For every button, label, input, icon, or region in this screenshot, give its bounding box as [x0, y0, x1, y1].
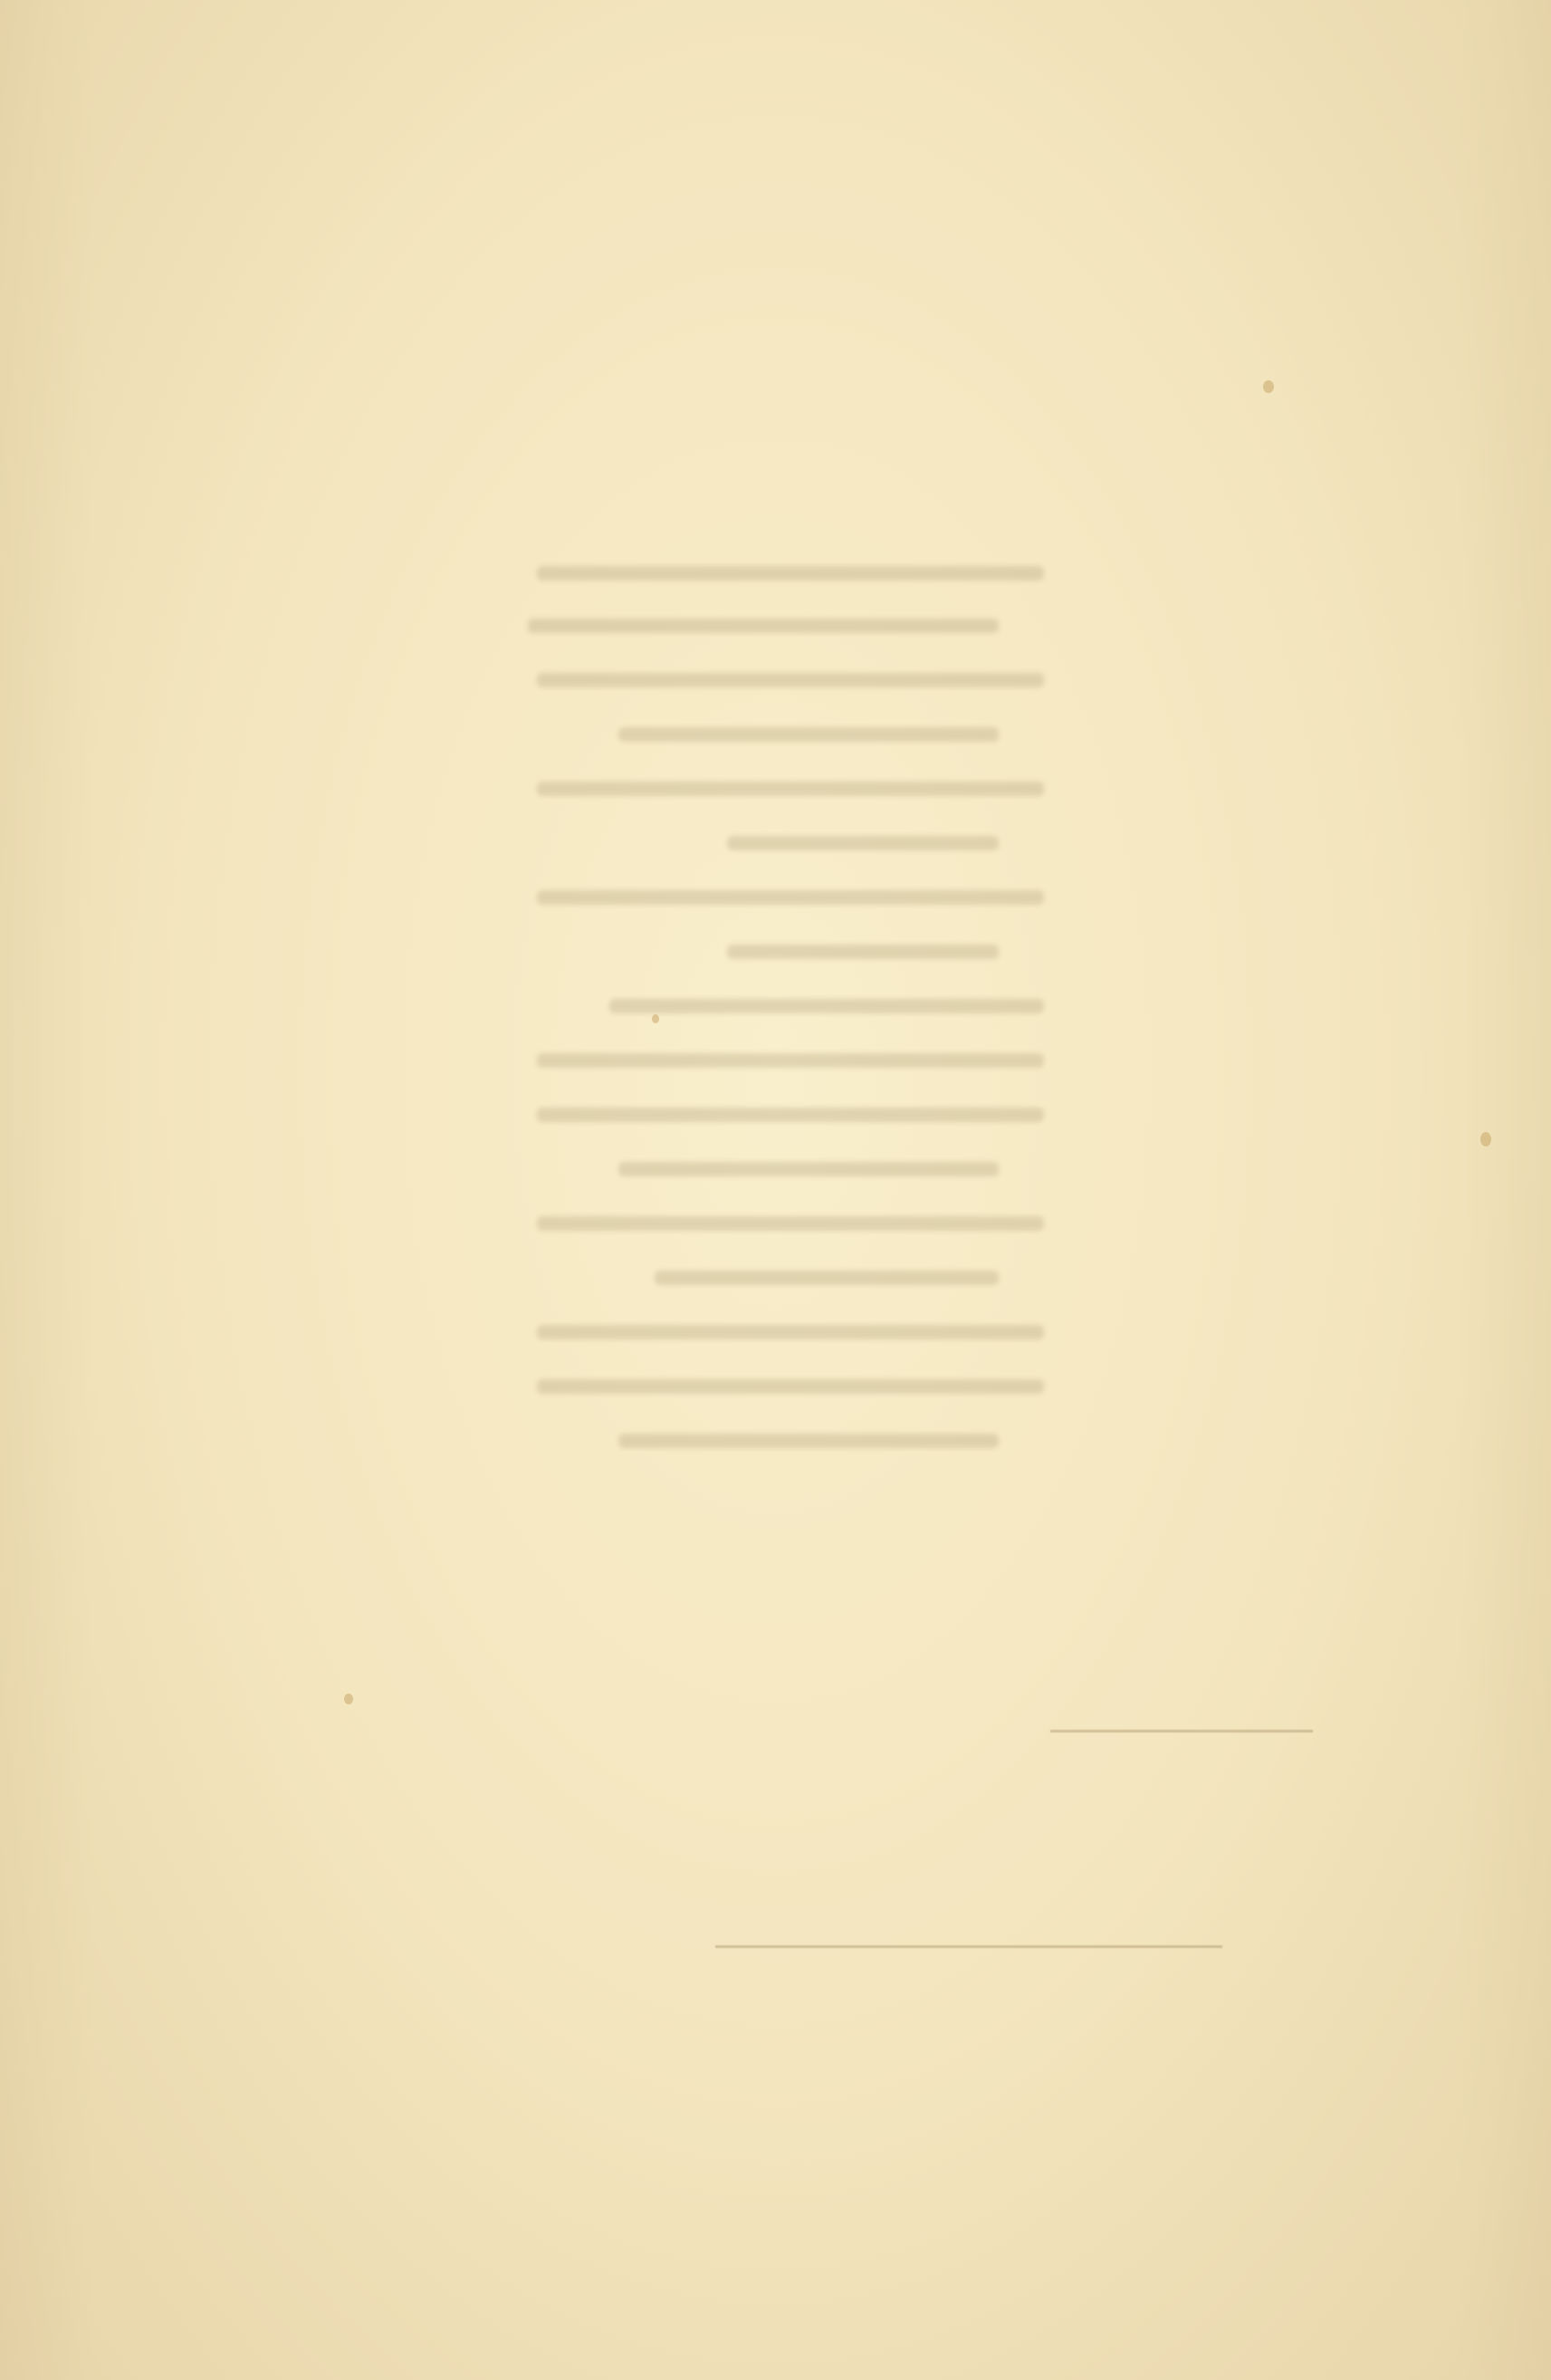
- paper-speck: [1480, 1132, 1491, 1147]
- paper-speck: [344, 1694, 353, 1704]
- book-page: [0, 0, 1551, 2380]
- ornamental-rule-long: [715, 1945, 1222, 1948]
- ornamental-rule-short: [1050, 1730, 1313, 1732]
- paper-speck: [652, 1014, 659, 1023]
- bleed-through-text: [0, 0, 1551, 2380]
- paper-speck: [1263, 380, 1274, 393]
